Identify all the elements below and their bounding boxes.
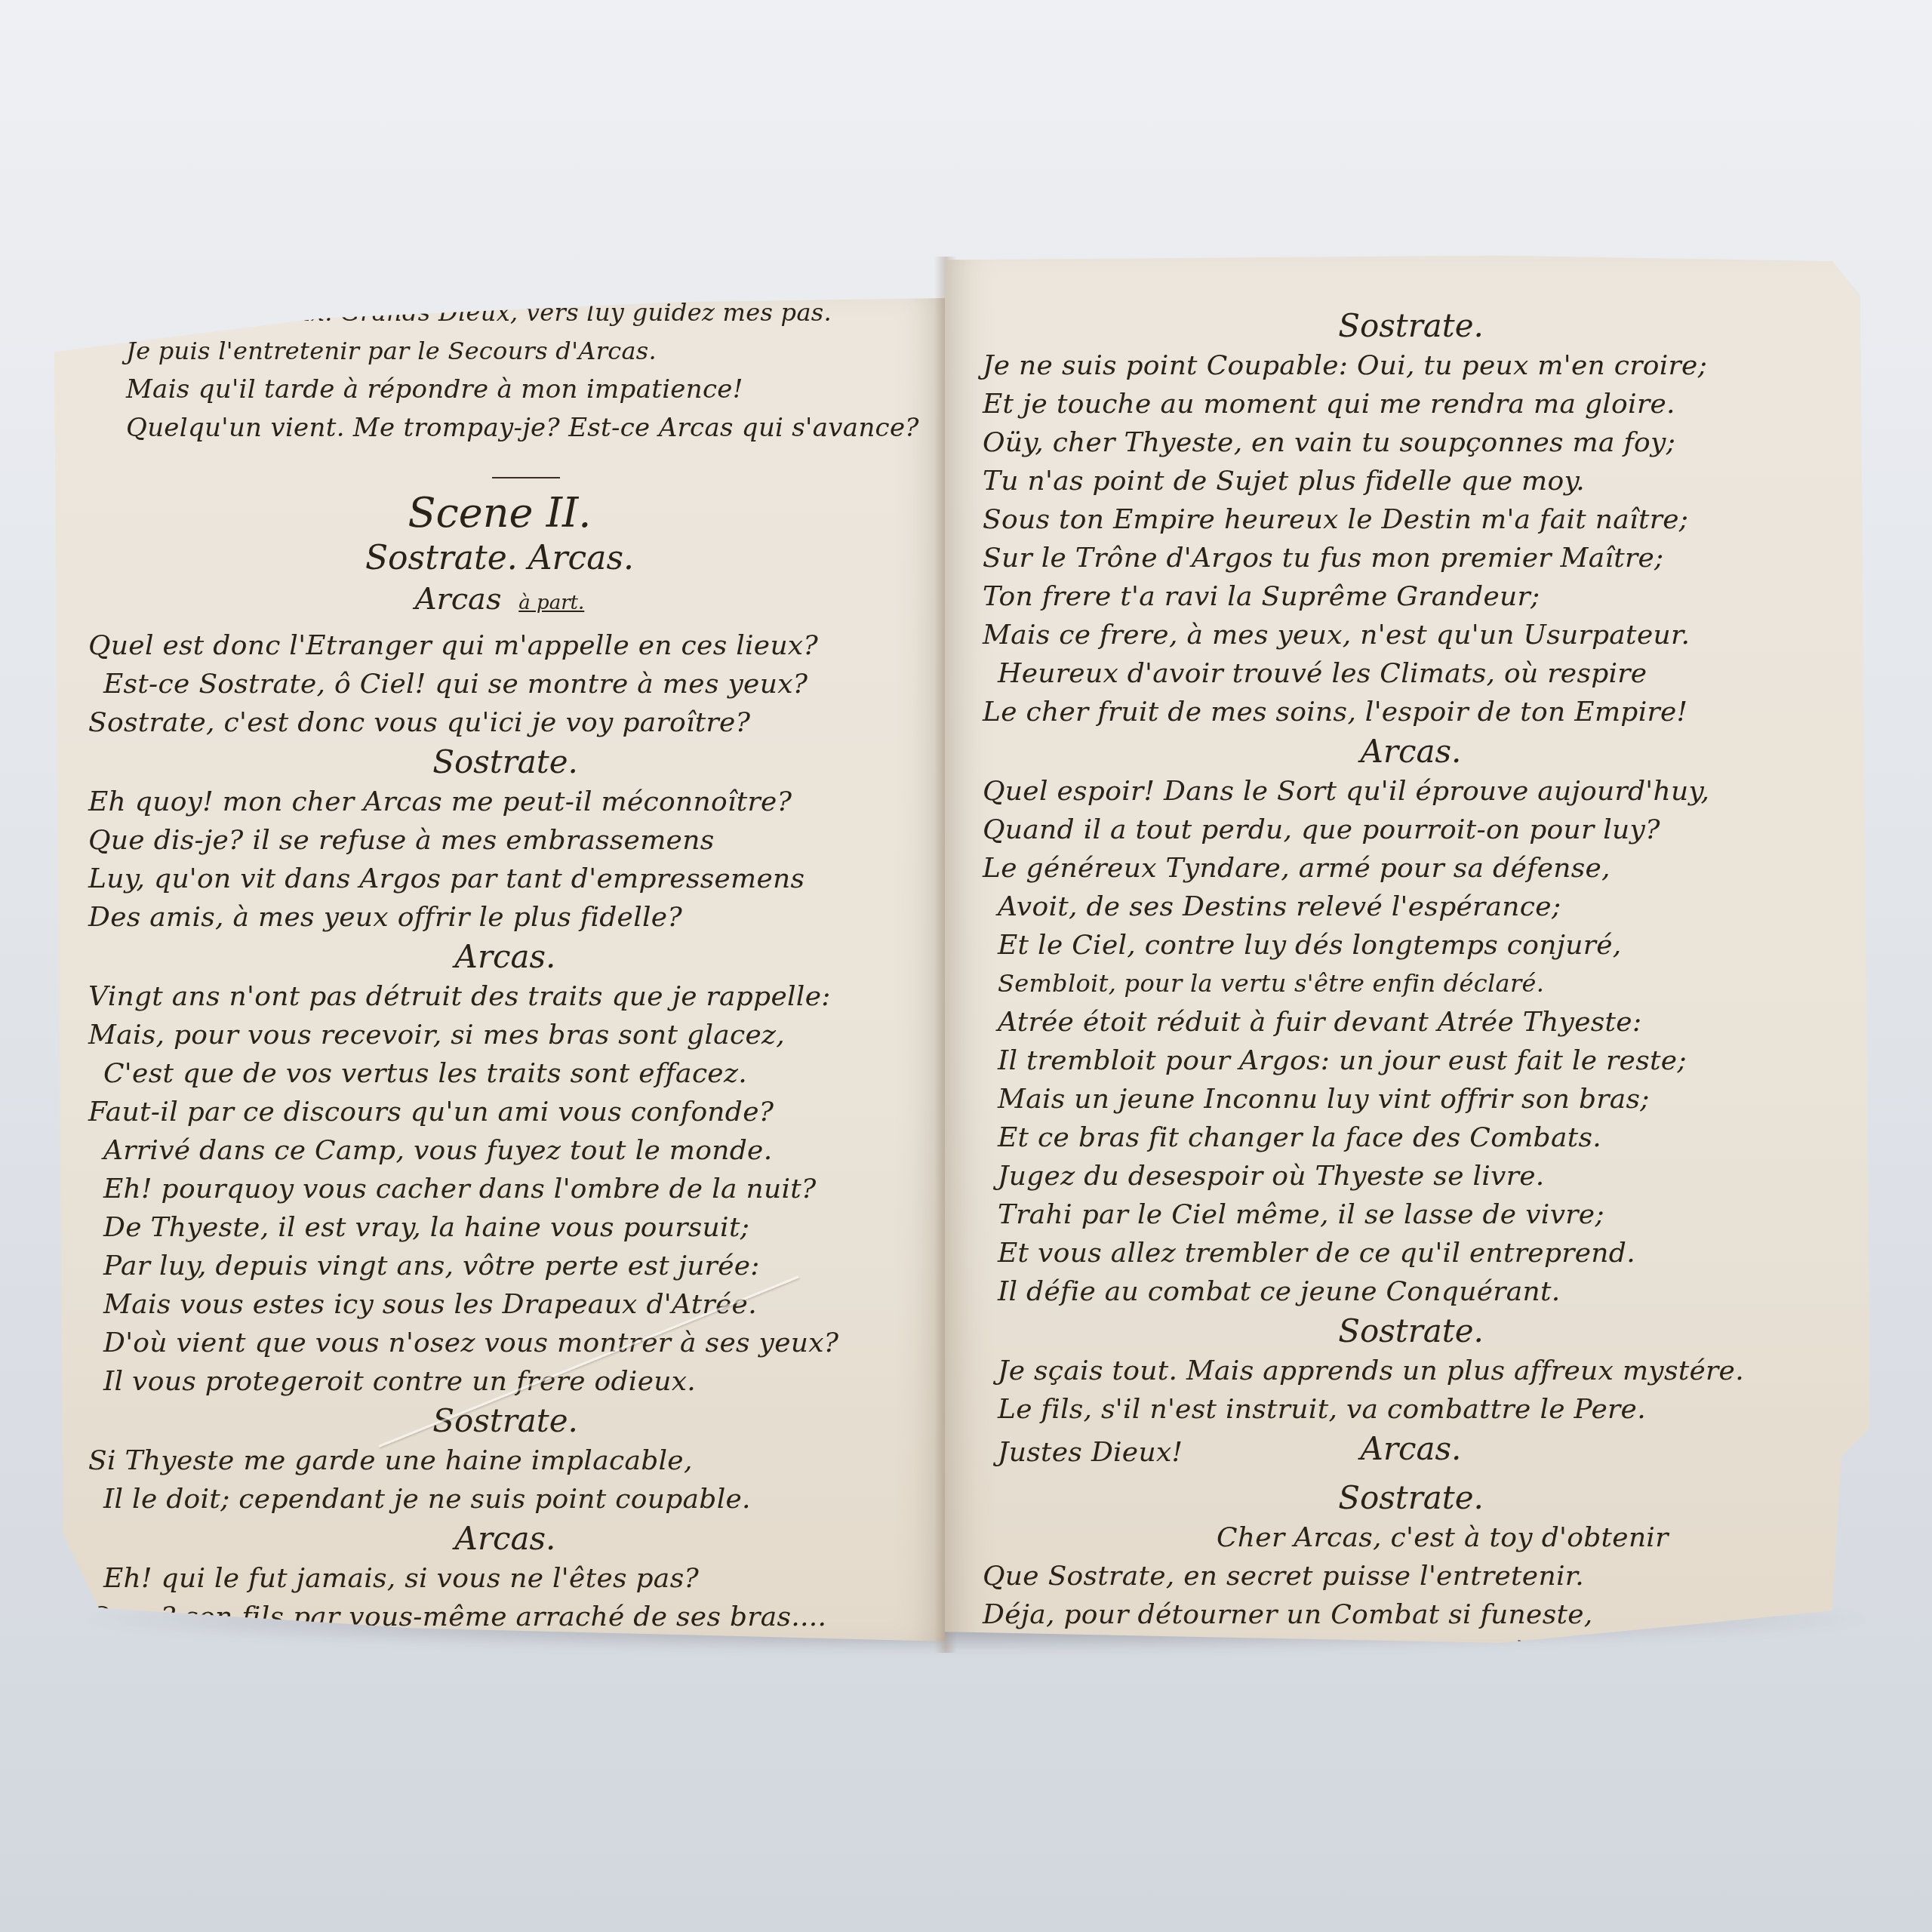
verse-line: Arrivé dans ce Camp, vous fuyez tout le … [88,1131,922,1170]
verse-line: C'est que de vos vertus les traits sont … [88,1054,922,1093]
verse-line: Mais un jeune Inconnu luy vint offrir so… [983,1080,1839,1118]
verse-line: Quand il a tout perdu, que pourroit-on p… [983,811,1839,849]
verse-line: Avoit, de ses Destins relevé l'espérance… [983,888,1839,926]
speaker-name: Sostrate. [88,742,922,783]
verse-line: Je ne suis point Coupable: Oui, tu peux … [983,346,1839,385]
verse-line: Atrée étoit réduit à fuir devant Atrée T… [983,1003,1839,1041]
verse-line: Ton frere t'a ravi la Suprême Grandeur; [983,577,1839,616]
stage-direction: à part. [518,592,584,614]
verse-line: Il trembloit pour Argos: un jour eust fa… [983,1041,1839,1080]
verse-line: Jugez du desespoir où Thyeste se livre. [983,1157,1839,1195]
verse-line: Luy, qu'on vit dans Argos par tant d'emp… [88,860,922,898]
verse-line: Esperons mieux. Grands Dieux, vers luy g… [126,294,945,332]
verse-line: Le fils, s'il n'est instruit, va combatt… [983,1390,1839,1429]
verse-line: Mais ce frere, à mes yeux, n'est qu'un U… [983,616,1839,654]
verse-line: Quel espoir! Dans le Sort qu'il éprouve … [983,772,1839,811]
opening-lines: Esperons mieux. Grands Dieux, vers luy g… [126,294,945,448]
verse-line: Sous ton Empire heureux le Destin m'a fa… [983,500,1839,539]
verse-line: De Thyeste, il est vray, la haine vous p… [88,1208,922,1247]
verse-line: Je sçais tout. Mais apprends un plus aff… [983,1352,1839,1390]
verse-line: Que Sostrate, en secret puisse l'entrete… [983,1557,1839,1595]
verse-line: Sostrate, c'est donc vous qu'ici je voy … [88,703,922,742]
verse-line: Oüy, cher Thyeste, en vain tu soupçonnes… [983,423,1839,462]
verse-line: Mais vous estes icy sous les Drapeaux d'… [88,1285,922,1324]
speaker-name: Arcas. [88,1518,922,1559]
verse-line: Si Thyeste me garde une haine implacable… [88,1441,922,1480]
speaker-name: Arcas. [88,937,922,977]
verse-line: Le généreux Tyndare, armé pour sa défens… [983,849,1839,888]
verse-line: Je puis l'entretenir par le Secours d'Ar… [126,332,945,371]
verse-line: Eh! qui le fut jamais, si vous ne l'êtes… [88,1559,922,1598]
verse-line: Faut-il par ce discours qu'un ami vous c… [88,1093,922,1131]
verse-line: Et vous allez trembler de ce qu'il entre… [983,1234,1839,1272]
verse-line: Par luy, depuis vingt ans, vôtre perte e… [88,1247,922,1285]
verse-line: Mais qu'il tarde à répondre à mon impati… [126,371,945,409]
right-page: Sostrate. Je ne suis point Coupable: Oui… [945,253,1869,1653]
verse-line: Cher Arcas, c'est à toy d'obtenir [983,1518,1839,1557]
verse-line: Des amis, à mes yeux offrir le plus fide… [88,898,922,937]
verse-line: Sembloit, pour la vertu s'être enfin déc… [983,964,1839,1003]
verse-line: Heureux d'avoir trouvé les Climats, où r… [983,654,1839,693]
divider-rule [492,477,560,478]
verse-line: Que dis-je? il se refuse à mes embrassem… [88,821,922,860]
speaker-name: Sostrate. [88,1401,922,1441]
verse-line: Et le Ciel, contre luy dés longtemps con… [983,926,1839,964]
scene-heading: Scene II. Sostrate. Arcas. Arcas à part. [85,468,915,623]
verse-line: Sur le Trône d'Argos tu fus mon premier … [983,539,1839,577]
verse-line: Vingt ans n'ont pas détruit des traits q… [88,977,922,1016]
verse-line: Tu n'as point de Sujet plus fidelle que … [983,462,1839,500]
verse-line: Et ce bras fit changer la face des Comba… [983,1118,1839,1157]
verse-line: Et je touche au moment qui me rendra ma … [983,385,1839,423]
speaker-name: Arcas. [983,731,1839,772]
speaker-name: Arcas [415,582,502,617]
speaker-name: Sostrate. [983,306,1839,346]
scene-title: Scene II. [85,489,915,537]
verse-line: Trahi par le Ciel même, il se lasse de v… [983,1195,1839,1234]
verse-line: Eh quoy! mon cher Arcas me peut-il mécon… [88,783,922,821]
cast-list: Sostrate. Arcas. [85,537,915,580]
verse-line: Mais, pour vous recevoir, si mes bras so… [88,1016,922,1054]
verse-line: Le cher fruit de mes soins, l'espoir de … [983,693,1839,731]
dialogue-body: Sostrate. Je ne suis point Coupable: Oui… [983,306,1839,1672]
dialogue-body: Quel est donc l'Etranger qui m'appelle e… [88,626,922,1636]
verse-line: Il défie au combat ce jeune Conquérant. [983,1272,1839,1311]
verse-line: Quel est donc l'Etranger qui m'appelle e… [88,626,922,665]
verse-line: Quelqu'un vient. Me trompay-je? Est-ce A… [126,409,945,448]
speaker-name: Sostrate. [983,1311,1839,1352]
verse-line: Est-ce Sostrate, ô Ciel! qui se montre à… [88,665,922,703]
aside-heading: Arcas à part. [85,580,915,623]
left-page: Esperons mieux. Grands Dieux, vers luy g… [54,298,945,1641]
speaker-name: Sostrate. [983,1478,1839,1518]
verse-line: D'où vient que vous n'osez vous montrer … [88,1324,922,1362]
verse-line: Il le doit; cependant je ne suis point c… [88,1480,922,1518]
verse-line: Eh! pourquoy vous cacher dans l'ombre de… [88,1170,922,1208]
